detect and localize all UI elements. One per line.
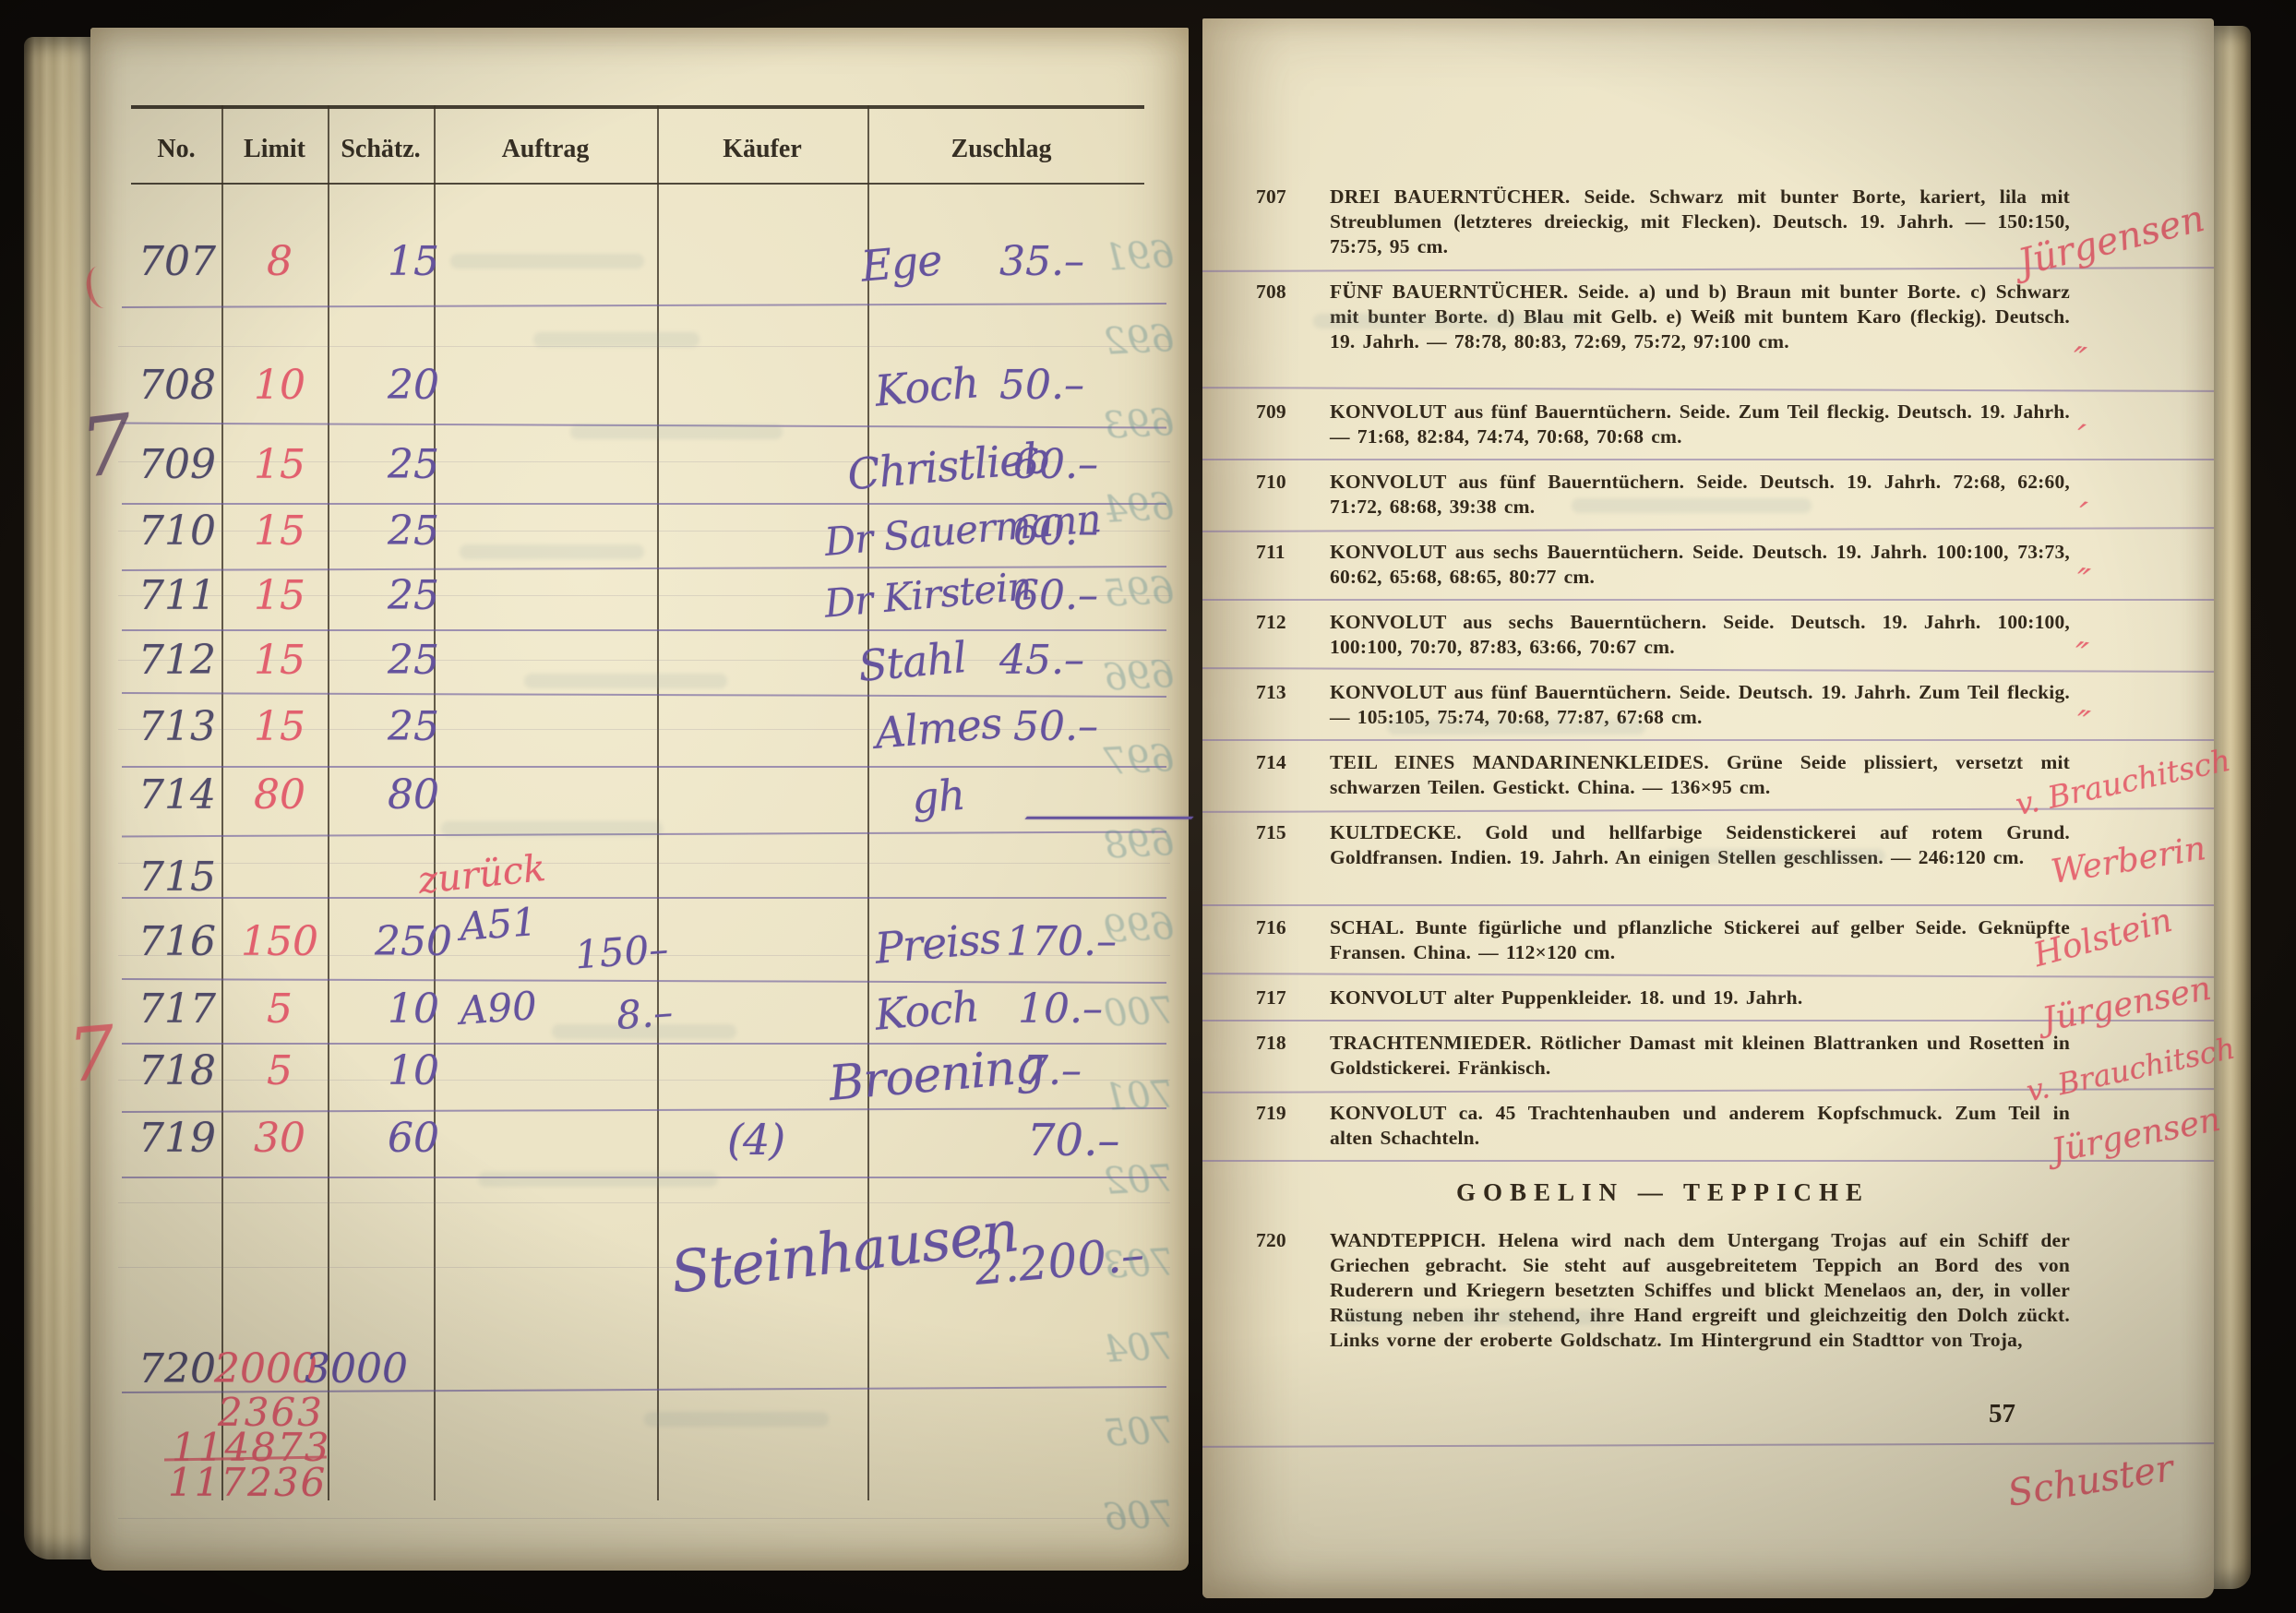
col-header-schaetz: Schätz. bbox=[328, 135, 434, 164]
item-text: KONVOLUT aus fünf Bauerntüchern. Seide. … bbox=[1330, 400, 2070, 448]
col-header-kaeufer: Käufer bbox=[657, 135, 867, 164]
item-text: KONVOLUT alter Puppenkleider. 18. und 19… bbox=[1330, 986, 1802, 1009]
estimate-value: 60 bbox=[349, 1115, 478, 1162]
ledger-row-708: 708 10 20 Koch 50.– bbox=[90, 362, 1189, 428]
ledger-row-716: 716 150 250 A51 150– Preiss 170.– bbox=[90, 918, 1189, 985]
lot-number: 708 bbox=[138, 362, 216, 409]
catalog-item-711: 711 KONVOLUT aus sechs Bauerntüchern. Se… bbox=[1256, 540, 2070, 590]
item-number: 707 bbox=[1256, 185, 1286, 209]
ledger-row-713: 713 15 25 Almes 50.– bbox=[90, 703, 1189, 770]
limit-value: 30 bbox=[215, 1115, 344, 1162]
estimate-value: 3000 bbox=[305, 1345, 408, 1392]
col-header-auftrag: Auftrag bbox=[434, 135, 657, 164]
lot-number: 716 bbox=[138, 918, 216, 965]
section-heading: GOBELIN — TEPPICHE bbox=[1256, 1178, 2070, 1207]
col-header-zuschlag: Zuschlag bbox=[867, 135, 1135, 164]
limit-value: 15 bbox=[215, 441, 344, 488]
buyer-name: gh bbox=[910, 770, 967, 824]
item-number: 708 bbox=[1256, 280, 1286, 305]
bleedthrough-number: 700 bbox=[1103, 989, 1176, 1035]
margin-check-mark-red: 7 bbox=[65, 1010, 119, 1099]
item-text: KONVOLUT aus sechs Bauerntüchern. Seide.… bbox=[1330, 611, 2070, 658]
bleedthrough-number: 699 bbox=[1103, 905, 1176, 951]
buyer-signature: Steinhausen bbox=[667, 1197, 1022, 1307]
item-number: 720 bbox=[1256, 1228, 1286, 1253]
catalog-item-715: 715 KULTDECKE. Gold und hellfarbige Seid… bbox=[1256, 820, 2070, 870]
item-text: WANDTEPPICH. Helena wird nach dem Unterg… bbox=[1330, 1229, 2070, 1351]
estimate-value: 10 bbox=[349, 1047, 478, 1094]
bleedthrough-number: 694 bbox=[1103, 485, 1176, 532]
ink-rule bbox=[1202, 667, 2214, 673]
bleedthrough-number: 701 bbox=[1103, 1073, 1176, 1119]
catalog-item-713: 713 KONVOLUT aus fünf Bauerntüchern. Sei… bbox=[1256, 680, 2070, 730]
item-number: 719 bbox=[1256, 1101, 1286, 1126]
bleedthrough-number: 695 bbox=[1103, 569, 1176, 615]
bleedthrough-number: 697 bbox=[1103, 737, 1176, 783]
buyer-count: (4) bbox=[727, 1115, 784, 1165]
auction-catalog-book-scan: No. Limit Schätz. Auftrag Käufer Zuschla… bbox=[0, 0, 2296, 1613]
catalog-item-714: 714 TEIL EINES MANDARINENKLEIDES. Grüne … bbox=[1256, 750, 2070, 800]
lot-number: 714 bbox=[138, 771, 216, 818]
catalog-item-720: 720 WANDTEPPICH. Helena wird nach dem Un… bbox=[1256, 1228, 2070, 1353]
order-number: A90 bbox=[458, 983, 538, 1034]
bleedthrough-number: 691 bbox=[1103, 233, 1176, 280]
col-header-limit: Limit bbox=[221, 135, 328, 164]
catalog-item-718: 718 TRACHTENMIEDER. Rötlicher Damast mit… bbox=[1256, 1031, 2070, 1081]
lot-number: 713 bbox=[138, 703, 216, 750]
bleedthrough-number: 698 bbox=[1103, 821, 1176, 867]
limit-value: 15 bbox=[215, 508, 344, 555]
ink-rule bbox=[1202, 527, 2214, 532]
returned-note: zurück bbox=[416, 847, 547, 902]
lot-number: 710 bbox=[138, 508, 216, 555]
buyer-name: Almes bbox=[873, 698, 1004, 759]
buyer-name: Broening bbox=[827, 1038, 1046, 1112]
lot-number: 707 bbox=[138, 238, 216, 285]
limit-value: 15 bbox=[215, 637, 344, 684]
bleedthrough-number: 703 bbox=[1103, 1241, 1176, 1287]
hammer-price: 170.– bbox=[1006, 918, 1117, 965]
bleedthrough-number: 702 bbox=[1103, 1157, 1176, 1203]
bleedthrough-number: 704 bbox=[1103, 1325, 1176, 1371]
hammer-price: 60.– bbox=[1013, 441, 1098, 488]
limit-value: 150 bbox=[215, 918, 344, 965]
ink-rule bbox=[1202, 904, 2214, 906]
item-number: 717 bbox=[1256, 986, 1286, 1010]
ink-rule bbox=[1202, 387, 2214, 392]
buyer-name: Stahl bbox=[856, 632, 968, 691]
ledger-row-718: 718 5 10 Broening 7.– bbox=[90, 1047, 1189, 1114]
catalog-item-719: 719 KONVOLUT ca. 45 Trachtenhauben und a… bbox=[1256, 1101, 2070, 1151]
catalog-item-717: 717 KONVOLUT alter Puppenkleider. 18. un… bbox=[1256, 986, 2070, 1010]
estimate-value: 25 bbox=[349, 703, 478, 750]
hammer-price: 10.– bbox=[1018, 986, 1103, 1033]
bleedthrough-number: 706 bbox=[1103, 1493, 1176, 1539]
lot-number: 715 bbox=[138, 854, 216, 901]
item-text: KONVOLUT aus sechs Bauerntüchern. Seide.… bbox=[1330, 541, 2070, 588]
lot-number: 718 bbox=[138, 1047, 216, 1094]
lot-number: 717 bbox=[138, 986, 216, 1033]
item-number: 715 bbox=[1256, 820, 1286, 845]
bleedthrough-number: 692 bbox=[1103, 317, 1176, 364]
estimate-value: 80 bbox=[349, 771, 478, 818]
buyer-name: Preiss bbox=[873, 913, 1002, 974]
ledger-row-712: 712 15 25 Stahl 45.– bbox=[90, 637, 1189, 703]
lot-number: 719 bbox=[138, 1115, 216, 1162]
catalog-item-712: 712 KONVOLUT aus sechs Bauerntüchern. Se… bbox=[1256, 610, 2070, 660]
item-number: 711 bbox=[1256, 540, 1286, 565]
hammer-price: 45.– bbox=[999, 637, 1084, 684]
order-amount: 150– bbox=[573, 926, 669, 978]
item-number: 714 bbox=[1256, 750, 1286, 775]
catalog-item-709: 709 KONVOLUT aus fünf Bauerntüchern. Sei… bbox=[1256, 400, 2070, 449]
ledger-page: No. Limit Schätz. Auftrag Käufer Zuschla… bbox=[90, 28, 1189, 1571]
item-number: 713 bbox=[1256, 680, 1286, 705]
ink-rule bbox=[1202, 973, 2214, 978]
hammer-price: 70.– bbox=[1027, 1115, 1119, 1166]
lot-number: 711 bbox=[138, 572, 216, 619]
hammer-price: 60.– bbox=[1013, 572, 1098, 619]
estimate-value: 25 bbox=[349, 572, 478, 619]
ledger-row-709: 709 15 25 Christlieb 60.– bbox=[90, 441, 1189, 508]
item-text: TEIL EINES MANDARINENKLEIDES. Grüne Seid… bbox=[1330, 751, 2070, 798]
catalog-item-716: 716 SCHAL. Bunte figürliche und pflanzli… bbox=[1256, 915, 2070, 965]
ink-rule bbox=[1202, 739, 2214, 741]
buyer-name: Dr Kirstein bbox=[822, 563, 1033, 626]
ledger-row-715: 715 zurück bbox=[90, 854, 1189, 920]
limit-value: 5 bbox=[215, 986, 344, 1033]
hammer-price: 60.– bbox=[1013, 508, 1098, 555]
lot-number: 712 bbox=[138, 637, 216, 684]
catalog-item-707: 707 DREI BAUERNTÜCHER. Seide. Schwarz mi… bbox=[1256, 185, 2070, 259]
hammer-price: 35.– bbox=[999, 238, 1084, 285]
bleedthrough-number: 693 bbox=[1103, 401, 1176, 448]
limit-value: 5 bbox=[215, 1047, 344, 1094]
table-header-rule bbox=[131, 183, 1144, 185]
ink-rule bbox=[1202, 599, 2214, 601]
limit-value: 15 bbox=[215, 572, 344, 619]
col-header-no: No. bbox=[131, 135, 221, 164]
buyer-name: Koch bbox=[873, 981, 980, 1040]
right-page-stack-edge bbox=[2214, 26, 2251, 1589]
item-text: DREI BAUERNTÜCHER. Seide. Schwarz mit bu… bbox=[1330, 185, 2070, 257]
buyer-name: Koch bbox=[873, 357, 980, 416]
item-number: 716 bbox=[1256, 915, 1286, 940]
limit-value: 10 bbox=[215, 362, 344, 409]
item-number: 712 bbox=[1256, 610, 1286, 635]
hammer-price: 50.– bbox=[999, 362, 1084, 409]
bleedthrough-number: 705 bbox=[1103, 1409, 1176, 1455]
total-sum: 117236 bbox=[168, 1460, 327, 1505]
item-text: KONVOLUT ca. 45 Trachtenhauben und ander… bbox=[1330, 1102, 2070, 1149]
item-number: 709 bbox=[1256, 400, 1286, 424]
estimate-value: 25 bbox=[349, 441, 478, 488]
ink-rule bbox=[1202, 1442, 2214, 1448]
estimate-value: 25 bbox=[349, 508, 478, 555]
item-text: TRACHTENMIEDER. Rötlicher Damast mit kle… bbox=[1330, 1032, 2070, 1079]
hammer-price: 50.– bbox=[1013, 703, 1098, 750]
limit-value: 8 bbox=[215, 238, 344, 285]
estimate-value: 25 bbox=[349, 637, 478, 684]
limit-value: 80 bbox=[215, 771, 344, 818]
ledger-row-707: 707 8 15 Ege 35.– bbox=[90, 238, 1189, 305]
ink-rule bbox=[1202, 459, 2214, 460]
order-number: A51 bbox=[458, 899, 538, 950]
page-number: 57 bbox=[1989, 1399, 2015, 1429]
item-text: SCHAL. Bunte figürliche und pflanzliche … bbox=[1330, 916, 2070, 963]
item-number: 710 bbox=[1256, 470, 1286, 495]
estimate-value: 20 bbox=[349, 362, 478, 409]
limit-value: 15 bbox=[215, 703, 344, 750]
hammer-price: 7.– bbox=[1022, 1047, 1082, 1094]
bleedthrough-number: 696 bbox=[1103, 653, 1176, 699]
lot-number: 709 bbox=[138, 441, 216, 488]
table-top-rule bbox=[131, 105, 1144, 109]
left-page-stack-edge bbox=[24, 37, 90, 1559]
ledger-row-711: 711 15 25 Dr Kirstein 60.– bbox=[90, 572, 1189, 639]
buyer-name: Ege bbox=[859, 234, 944, 291]
item-number: 718 bbox=[1256, 1031, 1286, 1056]
